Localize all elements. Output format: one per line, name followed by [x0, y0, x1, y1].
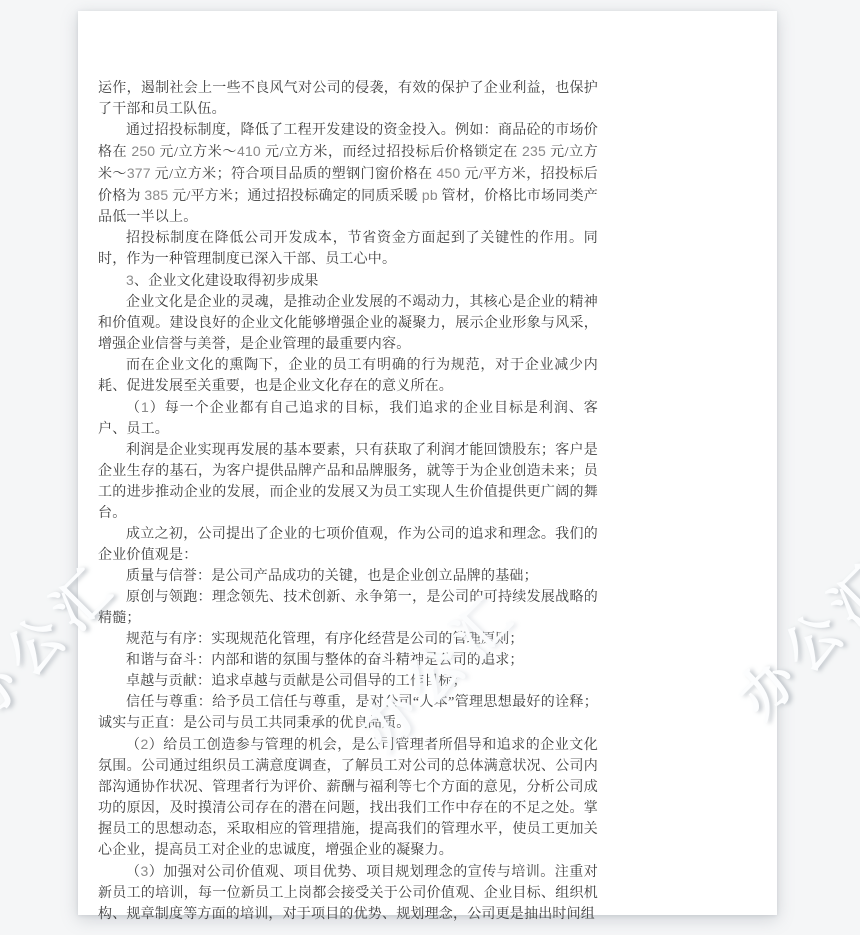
- paragraph: （3）加强对公司价值观、项目优势、项目规划理念的宣传与培训。注重对新员工的培训，…: [98, 861, 598, 925]
- document-content: 运作，遏制社会上一些不良风气对公司的侵袭，有效的保护了企业利益，也保护了干部和员…: [98, 78, 598, 925]
- paragraph: 招投标制度在降低公司开发成本，节省资金方面起到了关键性的作用。同时，作为一种管理…: [98, 228, 598, 270]
- paragraph: 卓越与贡献：追求卓越与贡献是公司倡导的工作目标；: [98, 671, 598, 692]
- paragraph: 质量与信誉：是公司产品成功的关键，也是企业创立品牌的基础；: [98, 566, 598, 587]
- paragraph: 利润是企业实现再发展的基本要素，只有获取了利润才能回馈股东；客户是企业生存的基石…: [98, 440, 598, 524]
- paragraph: 运作，遏制社会上一些不良风气对公司的侵袭，有效的保护了企业利益，也保护了干部和员…: [98, 78, 598, 120]
- desktop-background: { "page": { "background_color": "#f5f6f7…: [0, 0, 860, 935]
- paragraph: 而在企业文化的熏陶下，企业的员工有明确的行为规范，对于企业减少内耗、促进发展至关…: [98, 355, 598, 397]
- paragraph: 成立之初，公司提出了企业的七项价值观，作为公司的追求和理念。我们的企业价值观是：: [98, 524, 598, 566]
- paragraph: 和谐与奋斗：内部和谐的氛围与整体的奋斗精神是公司的追求；: [98, 650, 598, 671]
- paragraph: 规范与有序：实现规范化管理，有序化经营是公司的管理原则；: [98, 629, 598, 650]
- paragraph: （2）给员工创造参与管理的机会，是公司管理者所倡导和追求的企业文化氛围。公司通过…: [98, 734, 598, 861]
- paragraph: 企业文化是企业的灵魂，是推动企业发展的不竭动力，其核心是企业的精神和价值观。建设…: [98, 292, 598, 355]
- paragraph: 信任与尊重：给予员工信任与尊重，是对公司“人本”管理思想最好的诠释； 诚实与正直…: [98, 692, 598, 734]
- paragraph: （1）每一个企业都有自己追求的目标，我们追求的企业目标是利润、客户、员工。: [98, 397, 598, 440]
- paragraph: 原创与领跑：理念领先、技术创新、永争第一，是公司的可持续发展战略的精髓；: [98, 587, 598, 629]
- paragraph: 通过招投标制度，降低了工程开发建设的资金投入。例如：商品砼的市场价格在 250 …: [98, 120, 598, 228]
- paragraph-heading: 3、企业文化建设取得初步成果: [98, 270, 598, 292]
